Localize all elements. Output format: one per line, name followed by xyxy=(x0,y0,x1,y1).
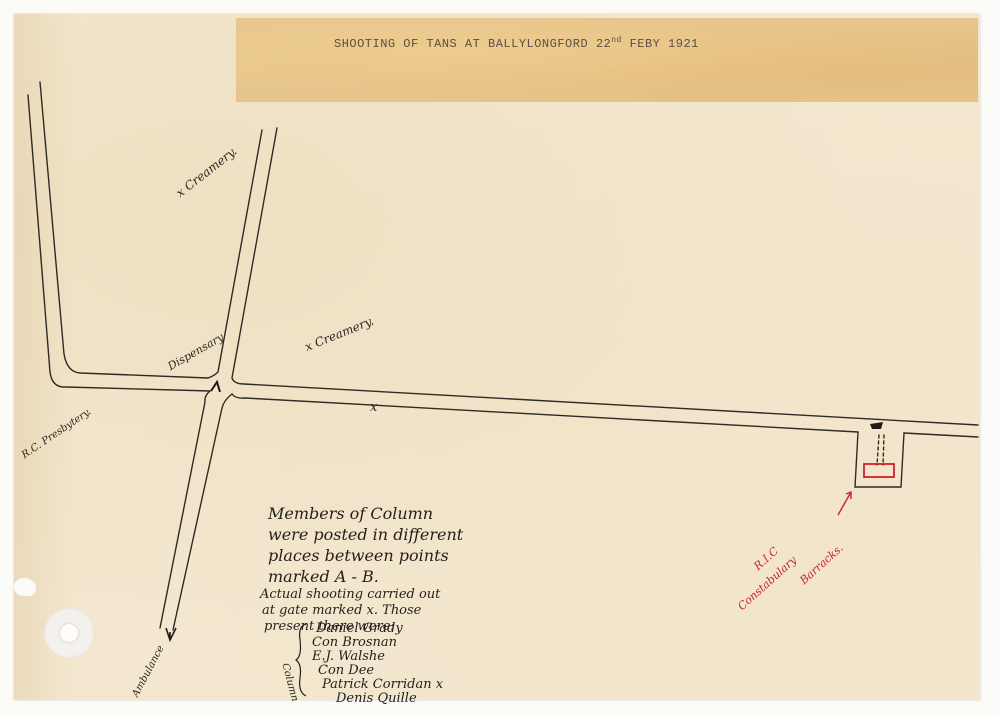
barracks-building xyxy=(864,464,894,477)
name-item: Daniel Grady xyxy=(316,622,443,636)
notes-line: Actual shooting carried out xyxy=(260,587,463,603)
notes-line: marked A - B. xyxy=(268,566,463,587)
name-item: Patrick Corridan x xyxy=(322,678,443,692)
notes-line: places between points xyxy=(268,545,463,566)
notes-line: Members of Column xyxy=(268,503,463,524)
ambush-x-marker: x xyxy=(370,400,377,415)
red-arrow-icon xyxy=(838,492,851,515)
barracks-path xyxy=(877,435,884,465)
road-south-right xyxy=(173,394,232,630)
notes-line: at gate marked x. Those xyxy=(262,603,463,619)
hand-drawn-map xyxy=(0,0,1000,716)
punch-hole-reinforcement xyxy=(44,608,94,658)
notes-line: were posted in different xyxy=(268,524,463,545)
name-item: Denis Quille xyxy=(336,692,443,706)
south-arrow-icon xyxy=(166,628,176,640)
point-b-marker-icon xyxy=(870,422,883,429)
point-a-marker-icon xyxy=(211,382,220,392)
road-main-bottom xyxy=(232,394,978,437)
road-south-left xyxy=(160,391,210,628)
names-list: Daniel Grady Con Brosnan E.J. Walshe Con… xyxy=(312,622,443,706)
column-notes: Members of Column were posted in differe… xyxy=(268,503,463,635)
road-left-outer xyxy=(28,95,210,391)
name-item: E.J. Walshe xyxy=(312,650,443,664)
name-item: Con Dee xyxy=(318,664,443,678)
barracks-yard xyxy=(855,432,904,487)
road-left-inner xyxy=(40,82,208,378)
name-item: Con Brosnan xyxy=(312,636,443,650)
